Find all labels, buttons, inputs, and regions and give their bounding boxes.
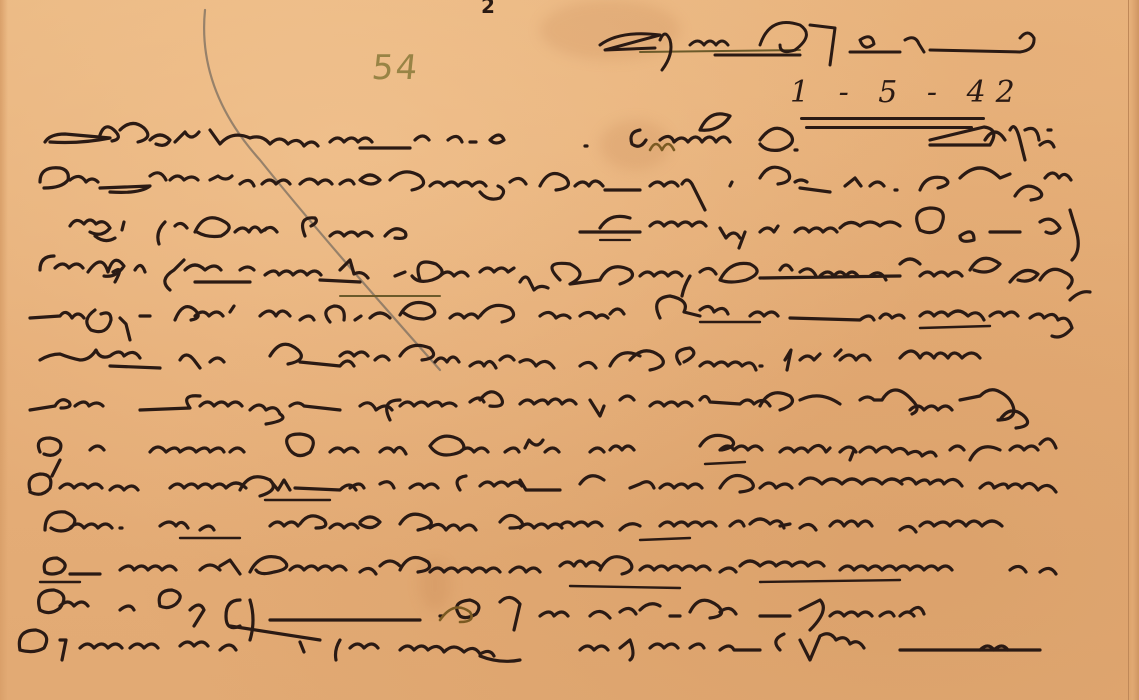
body-line-10 bbox=[45, 512, 1002, 532]
handwriting-ink bbox=[0, 0, 1139, 700]
body-line-1 bbox=[45, 123, 504, 148]
body-line-11 bbox=[44, 557, 1056, 574]
body-line-3 bbox=[70, 208, 1078, 260]
body-line-2 bbox=[40, 167, 1071, 210]
body-line-9 bbox=[29, 474, 1056, 496]
pencil-stroke bbox=[204, 10, 440, 370]
body-line-12 bbox=[39, 590, 924, 640]
body-line-5 bbox=[30, 296, 1072, 340]
heading-line bbox=[600, 23, 1034, 71]
body-line-6 bbox=[40, 344, 980, 370]
body-line-4 bbox=[40, 256, 1090, 300]
manuscript-page: 2 54 1 - 5 - 42 [handwritten heading lin… bbox=[0, 0, 1139, 700]
body-line-1b bbox=[585, 114, 1054, 160]
body-line-8 bbox=[38, 434, 1056, 476]
body-line-13 bbox=[19, 626, 1040, 661]
body-line-7 bbox=[30, 390, 1028, 428]
